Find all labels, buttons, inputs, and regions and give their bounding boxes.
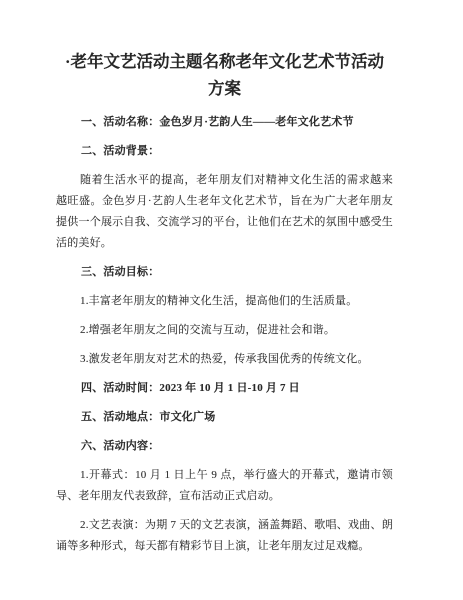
goal-item-3: 3.激发老年朋友对艺术的热爱，传承我国优秀的传统文化。: [56, 349, 393, 370]
document-title-line-1: ·老年文艺活动主题名称老年文化艺术节活动: [56, 48, 393, 75]
document-page: ·老年文艺活动主题名称老年文化艺术节活动 方案 一、活动名称：金色岁月·艺韵人生…: [0, 0, 463, 600]
content-item-opening-ceremony: 1.开幕式：10 月 1 日上午 9 点，举行盛大的开幕式，邀请市领导、老年朋友…: [56, 465, 393, 507]
document-title-line-2: 方案: [56, 75, 393, 102]
heading-activity-time: 四、活动时间：2023 年 10 月 1 日-10 月 7 日: [56, 378, 393, 399]
goal-item-1: 1.丰富老年朋友的精神文化生活，提高他们的生活质量。: [56, 291, 393, 312]
goal-item-2: 2.增强老年朋友之间的交流与互动，促进社会和谐。: [56, 320, 393, 341]
heading-activity-content: 六、活动内容：: [56, 436, 393, 457]
heading-activity-name: 一、活动名称：金色岁月·艺韵人生——老年文化艺术节: [56, 112, 393, 133]
heading-activity-background: 二、活动背景：: [56, 141, 393, 162]
heading-activity-location: 五、活动地点：市文化广场: [56, 407, 393, 428]
document-title: ·老年文艺活动主题名称老年文化艺术节活动 方案: [56, 48, 393, 102]
heading-activity-goals: 三、活动目标：: [56, 262, 393, 283]
content-item-art-performances: 2.文艺表演：为期 7 天的文艺表演，涵盖舞蹈、歌唱、戏曲、朗诵等多种形式，每天…: [56, 515, 393, 557]
paragraph-activity-background: 随着生活水平的提高，老年朋友们对精神文化生活的需求越来越旺盛。金色岁月·艺韵人生…: [56, 170, 393, 254]
